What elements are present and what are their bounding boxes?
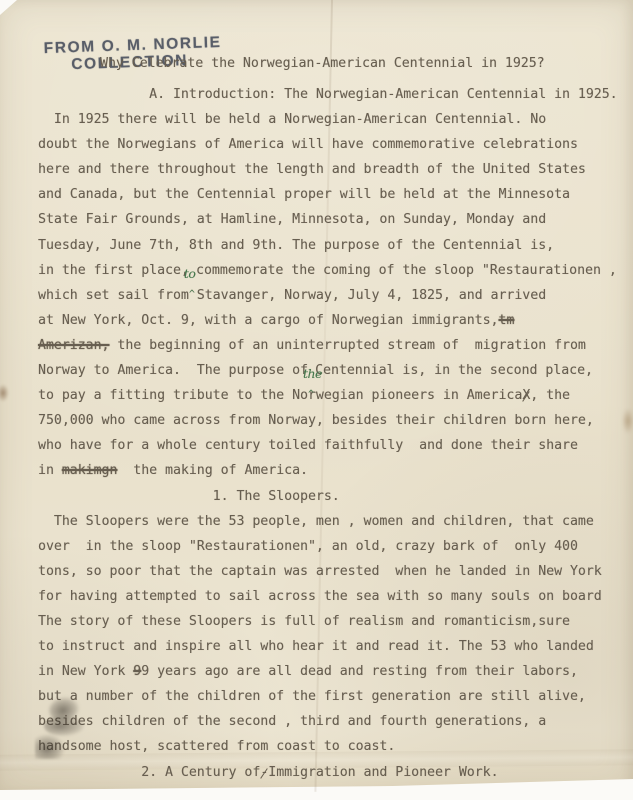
typed-text: State Fair Grounds, at Hamline, Minnesot… bbox=[38, 212, 546, 227]
ink-blot bbox=[44, 716, 84, 736]
typed-text: the making of America. bbox=[117, 463, 308, 478]
struck-out-text: makimgn bbox=[62, 463, 118, 478]
typed-text: dsome host, scattered from coast to coas… bbox=[62, 739, 395, 754]
typed-text: to pay a fitting tribute to the Norwegia… bbox=[38, 388, 522, 403]
typed-text: The story of these Sloopers is full of r… bbox=[38, 614, 570, 629]
typed-text: , the bbox=[530, 388, 570, 403]
typed-text: in New York bbox=[38, 664, 133, 679]
typed-line: A. Introduction: The Norwegian-American … bbox=[38, 82, 623, 107]
typed-line: The Sloopers were the 53 people, men , w… bbox=[38, 509, 623, 534]
typed-text: 1. The Sloopers. bbox=[38, 489, 340, 504]
typed-line: over in the sloop "Restaurationen", an o… bbox=[38, 534, 623, 559]
typed-text: and Canada, but the Centennial proper wi… bbox=[38, 187, 570, 202]
typed-line: Tuesday, June 7th, 8th and 9th. The purp… bbox=[38, 233, 623, 258]
document-title: Why Celebrate the Norwegian-American Cen… bbox=[100, 56, 545, 71]
typed-line: handsome host, scattered from coast to c… bbox=[38, 734, 623, 759]
typed-text: the beginning of an uninterrupted stream… bbox=[109, 338, 585, 353]
document-scan: FROM O. M. NORLIE COLLECTION Why Celebra… bbox=[0, 0, 633, 800]
typed-text: which set sail from Stavanger, Norway, J… bbox=[38, 288, 546, 303]
typed-text: In 1925 there will be held a Norwegian-A… bbox=[38, 112, 546, 127]
typed-text: at New York, Oct. 9, with a cargo of Nor… bbox=[38, 313, 499, 328]
typed-line: in New York 99 years ago are all dead an… bbox=[38, 659, 623, 684]
slashed-char: X bbox=[522, 383, 530, 408]
typed-text: 750,000 who came across from Norway, bes… bbox=[38, 413, 594, 428]
typed-text: Immigration and Pioneer Work. bbox=[268, 765, 498, 780]
typed-body: A. Introduction: The Norwegian-American … bbox=[38, 82, 623, 785]
smudged-text: han bbox=[38, 739, 62, 754]
typed-text: Norway to America. The purpose of bbox=[38, 363, 308, 378]
typed-text: commemorate the coming of the sloop "Res… bbox=[196, 263, 617, 278]
struck-out-text: tm bbox=[499, 313, 515, 328]
caret-mark: ^ bbox=[189, 282, 195, 307]
typed-line: who have for a whole century toiled fait… bbox=[38, 433, 623, 458]
typed-text: to instruct and inspire all who hear it … bbox=[38, 639, 594, 654]
typed-text: 2. A Century of bbox=[38, 765, 260, 780]
typed-text: Tuesday, June 7th, 8th and 9th. The purp… bbox=[38, 238, 554, 253]
typed-line: State Fair Grounds, at Hamline, Minnesot… bbox=[38, 207, 623, 232]
struck-out-text: Amerizan, bbox=[38, 338, 109, 353]
typed-line: 750,000 who came across from Norway, bes… bbox=[38, 408, 623, 433]
typed-text: Centennial is, in the second place, bbox=[315, 363, 593, 378]
typed-line: Amerizan, the beginning of an uninterrup… bbox=[38, 333, 623, 358]
typed-line: at New York, Oct. 9, with a cargo of Nor… bbox=[38, 308, 623, 333]
typed-text: who have for a whole century toiled fait… bbox=[38, 438, 578, 453]
typed-text: tons, so poor that the captain was arres… bbox=[38, 564, 602, 579]
typed-line: for having attempted to sail across the … bbox=[38, 584, 623, 609]
caret-mark: ^ bbox=[308, 382, 314, 407]
typed-line: in makimgn the making of America. bbox=[38, 458, 623, 483]
typed-text: over in the sloop "Restaurationen", an o… bbox=[38, 539, 578, 554]
typed-line: here and there throughout the length and… bbox=[38, 157, 623, 182]
typed-line: in the first place,to^commemorate the co… bbox=[38, 258, 623, 283]
typed-line: 2. A Century of-Immigration and Pioneer … bbox=[38, 760, 623, 785]
typed-text: besides children of the second , third a… bbox=[38, 714, 546, 729]
typed-line: Norway to America. The purpose ofthe^Cen… bbox=[38, 358, 623, 383]
typed-text: here and there throughout the length and… bbox=[38, 162, 586, 177]
typed-text: A. Introduction: The Norwegian-American … bbox=[38, 87, 618, 102]
paper-stain bbox=[622, 408, 633, 434]
typed-text: doubt the Norwegians of America will hav… bbox=[38, 137, 578, 152]
typed-line: doubt the Norwegians of America will hav… bbox=[38, 132, 623, 157]
typed-text: in the first place, bbox=[38, 263, 189, 278]
typed-text: 9 years ago are all dead and resting fro… bbox=[141, 664, 578, 679]
typed-line: besides children of the second , third a… bbox=[38, 709, 623, 734]
typed-line: The story of these Sloopers is full of r… bbox=[38, 609, 623, 634]
typed-text: for having attempted to sail across the … bbox=[38, 589, 602, 604]
typed-line: which set sail from Stavanger, Norway, J… bbox=[38, 283, 623, 308]
typed-text: in bbox=[38, 463, 62, 478]
typed-line: In 1925 there will be held a Norwegian-A… bbox=[38, 107, 623, 132]
typed-line: to pay a fitting tribute to the Norwegia… bbox=[38, 383, 623, 408]
typed-line: tons, so poor that the captain was arres… bbox=[38, 559, 623, 584]
typed-text: but a number of the children of the firs… bbox=[38, 689, 586, 704]
typed-text: The Sloopers were the 53 people, men , w… bbox=[38, 514, 594, 529]
typed-line: and Canada, but the Centennial proper wi… bbox=[38, 182, 623, 207]
typed-line: 1. The Sloopers. bbox=[38, 484, 623, 509]
slashed-char: - bbox=[260, 760, 268, 785]
typed-line: but a number of the children of the firs… bbox=[38, 684, 623, 709]
typed-line: to instruct and inspire all who hear it … bbox=[38, 634, 623, 659]
